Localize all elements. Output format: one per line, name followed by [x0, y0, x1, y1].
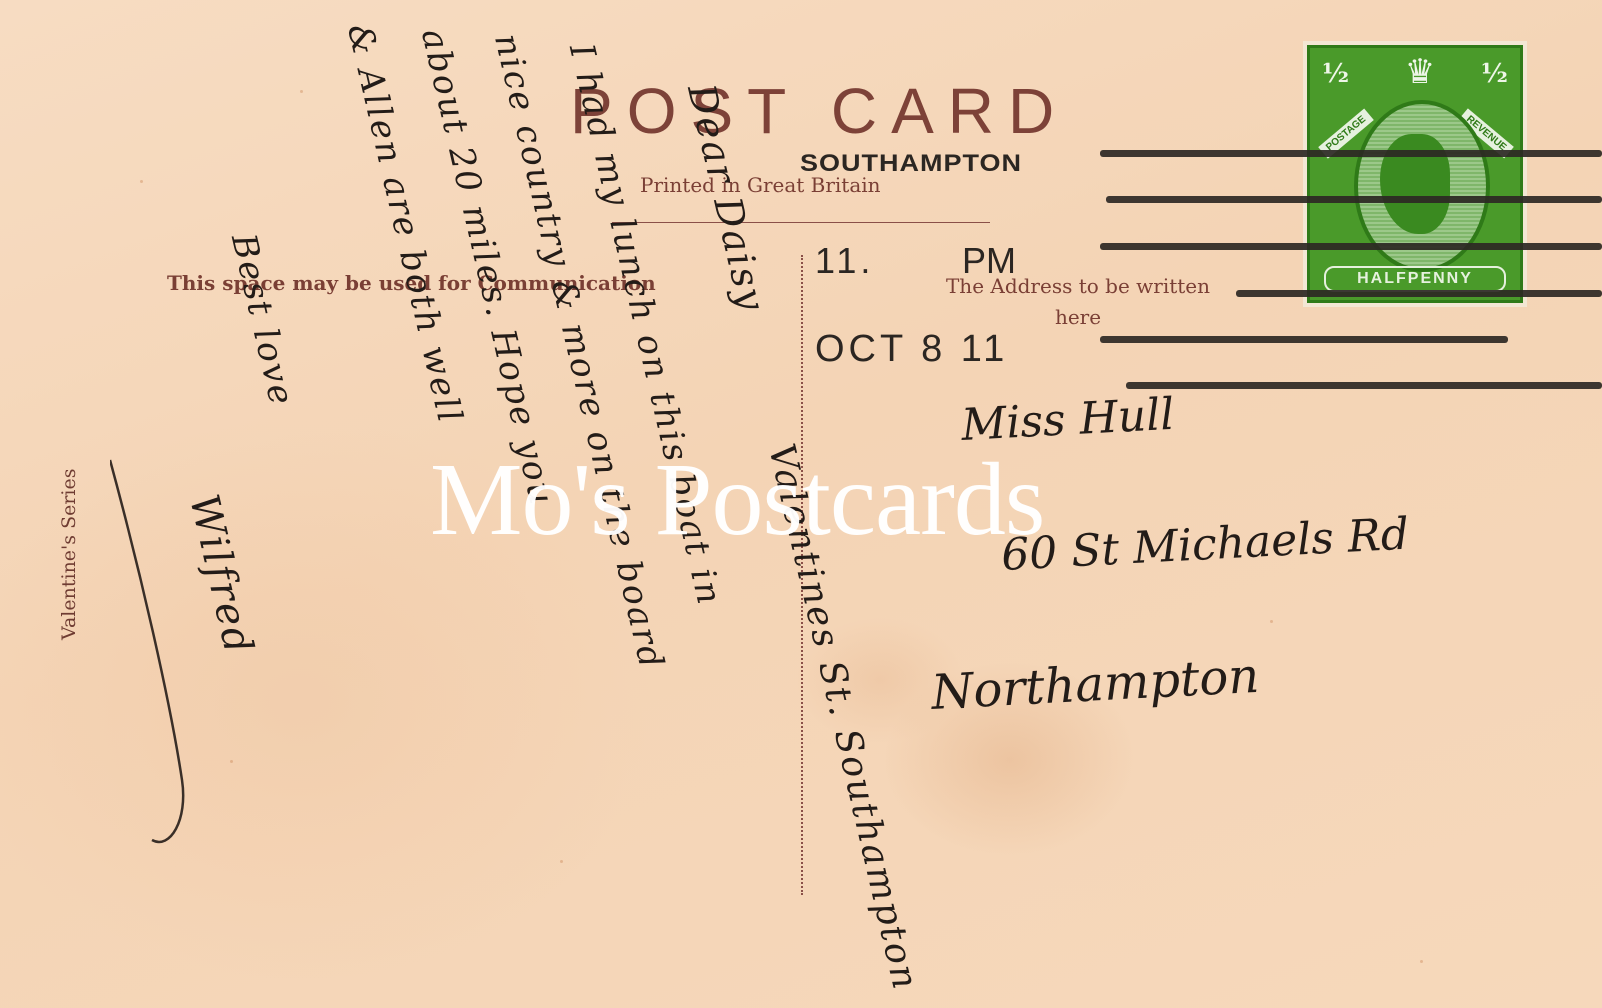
message-closing: Best love	[223, 230, 301, 410]
address-street: 60 St Michaels Rd	[1000, 509, 1410, 581]
publisher-series: Valentine's Series	[58, 469, 80, 640]
paper-speck	[300, 90, 303, 93]
cancel-line	[1100, 336, 1508, 343]
title-rule	[612, 222, 990, 223]
cancel-line	[1100, 243, 1602, 250]
postcard-back: POST CARD Printed in Great Britain This …	[0, 0, 1602, 1008]
postmark-time: 11.	[815, 240, 874, 282]
stamp-fraction-right: ½	[1481, 62, 1508, 86]
halfpenny-stamp: ♛ ½ ½ POSTAGE REVENUE HALFPENNY	[1303, 41, 1527, 307]
watermark-text: Mo's Postcards	[430, 440, 1044, 559]
stamp-frame: ♛ ½ ½ POSTAGE REVENUE HALFPENNY	[1307, 45, 1523, 303]
postcard-title: POST CARD	[570, 74, 1068, 148]
cancel-line	[1126, 382, 1602, 389]
postmark-ampm: PM	[962, 240, 1016, 282]
paper-speck	[1270, 620, 1273, 623]
crown-icon: ♛	[1390, 52, 1450, 92]
cancel-line	[1236, 290, 1602, 297]
signature-flourish	[110, 450, 230, 870]
stamp-fraction-left: ½	[1322, 62, 1349, 86]
address-town: Northampton	[930, 648, 1260, 721]
paper-speck	[140, 180, 143, 183]
cancel-line	[1100, 150, 1602, 157]
paper-speck	[230, 760, 233, 763]
paper-speck	[1420, 960, 1423, 963]
cancel-line	[1106, 196, 1602, 203]
postmark-date: OCT 8 11	[815, 328, 1008, 371]
paper-speck	[560, 860, 563, 863]
stamp-value: HALFPENNY	[1324, 266, 1506, 292]
postmark-city: SOUTHAMPTON	[800, 150, 1022, 178]
